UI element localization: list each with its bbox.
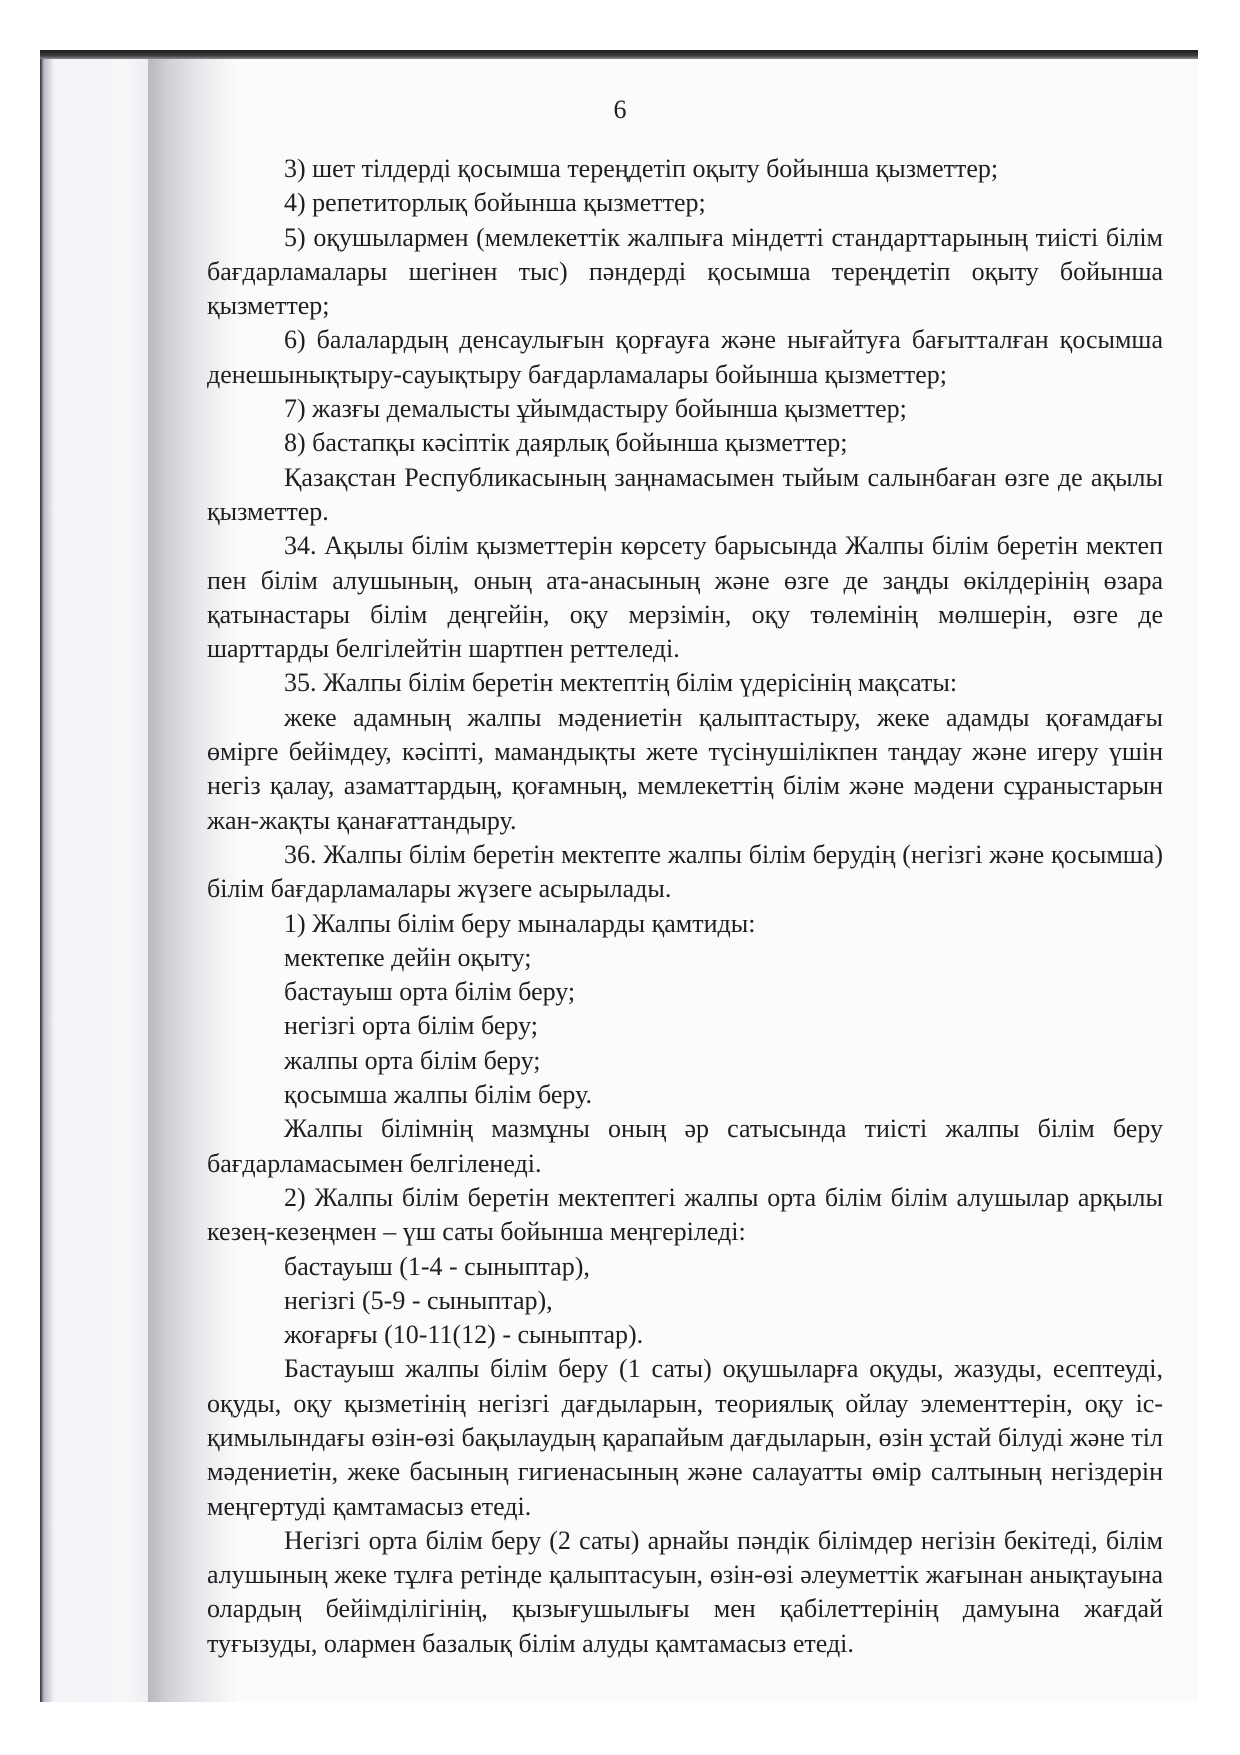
document-body: 3) шет тілдерді қосымша тереңдетіп оқыту… [207,152,1163,1661]
paragraph: Қазақстан Республикасының заңнамасымен т… [207,461,1163,530]
paragraph: 2) Жалпы білім беретін мектептегі жалпы … [207,1181,1163,1250]
paragraph: 36. Жалпы білім беретін мектепте жалпы б… [207,838,1163,907]
paragraph: мектепке дейін оқыту; [207,941,1163,975]
paragraph: жеке адамның жалпы мәдениетін қалыптасты… [207,701,1163,838]
paragraph: негізгі (5-9 - сыныптар), [207,1284,1163,1318]
paragraph: Негізгі орта білім беру (2 саты) арнайы … [207,1524,1163,1661]
paragraph: қосымша жалпы білім беру. [207,1078,1163,1112]
paragraph: 34. Ақылы білім қызметтерін көрсету бары… [207,529,1163,666]
scan-top-edge [40,50,1198,59]
paragraph: 6) балалардың денсаулығын қорғауға және … [207,323,1163,392]
paragraph: 3) шет тілдерді қосымша тереңдетіп оқыту… [207,152,1163,186]
paragraph: 8) бастапқы кәсіптік даярлық бойынша қыз… [207,426,1163,460]
paragraph: негізгі орта білім беру; [207,1009,1163,1043]
paragraph: жоғарғы (10-11(12) - сыныптар). [207,1318,1163,1352]
paragraph: Бастауыш жалпы білім беру (1 саты) оқушы… [207,1352,1163,1523]
paragraph: 1) Жалпы білім беру мыналарды қамтиды: [207,907,1163,941]
paragraph: Жалпы білімнің мазмұны оның әр сатысында… [207,1112,1163,1181]
paragraph: 7) жазғы демалысты ұйымдастыру бойынша қ… [207,392,1163,426]
paragraph: бастауыш орта білім беру; [207,975,1163,1009]
paragraph: 5) оқушылармен (мемлекеттік жалпыға мінд… [207,221,1163,324]
paragraph: 4) репетиторлық бойынша қызметтер; [207,186,1163,220]
previous-page-strip [40,59,148,1702]
page-number: 6 [0,95,1240,125]
paragraph: 35. Жалпы білім беретін мектептің білім … [207,666,1163,700]
paragraph: жалпы орта білім беру; [207,1044,1163,1078]
paragraph: бастауыш (1-4 - сыныптар), [207,1250,1163,1284]
